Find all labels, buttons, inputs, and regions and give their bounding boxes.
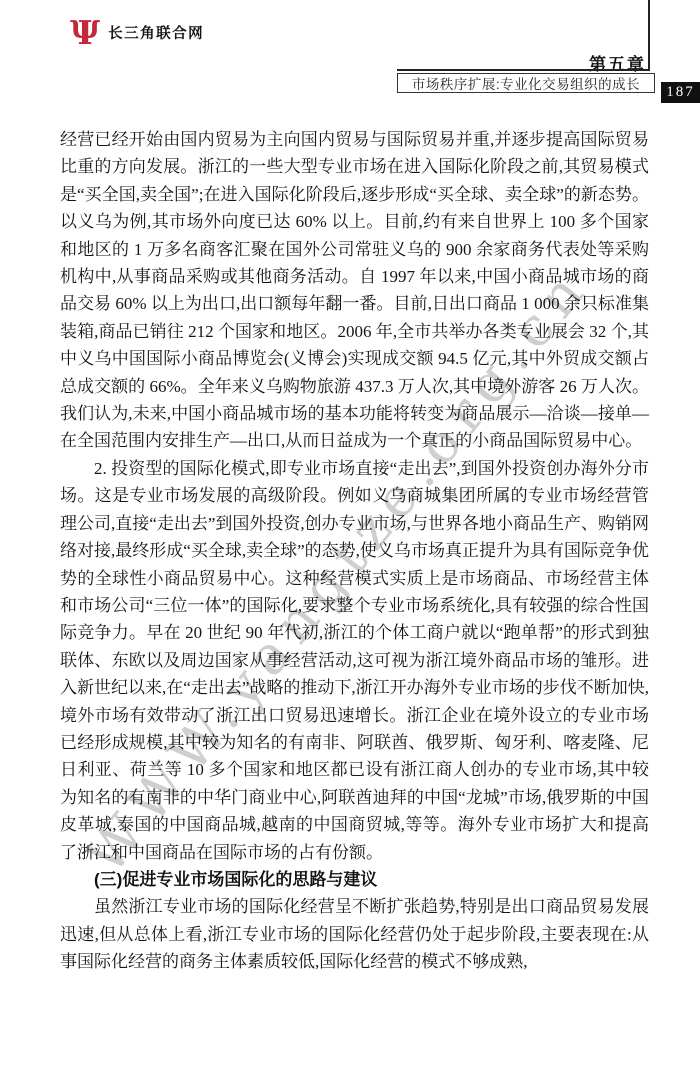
page-number-badge: 187	[661, 82, 700, 103]
trident-psi-icon: Ψ	[70, 16, 100, 49]
header-vertical-rule	[648, 0, 650, 70]
paragraph-suggestions: 虽然浙江专业市场的国际化经营呈不断扩张趋势,特别是出口商品贸易发展迅速,但从总体…	[60, 893, 649, 975]
paragraph-investment-model: 2. 投资型的国际化模式,即专业市场直接“走出去”,到国外投资创办海外分市场。这…	[60, 455, 649, 866]
body-text: 经营已经开始由国内贸易为主向国内贸易与国际贸易并重,并逐步提高国际贸易比重的方向…	[60, 126, 649, 976]
subsection-heading: (三)促进专业市场国际化的思路与建议	[60, 866, 649, 893]
section-title: 市场秩序扩展:专业化交易组织的成长	[397, 73, 655, 93]
header-horizontal-rule	[397, 69, 650, 71]
paragraph-continued: 经营已经开始由国内贸易为主向国内贸易与国际贸易并重,并逐步提高国际贸易比重的方向…	[60, 126, 649, 455]
book-page: WWW.yangtze.org.cn Ψ 长三角联合网 第五章 市场秩序扩展:专…	[0, 0, 700, 1069]
logo-label: 长三角联合网	[108, 22, 204, 43]
chapter-title: 第五章	[589, 50, 646, 75]
site-logo: Ψ 长三角联合网	[70, 16, 204, 49]
